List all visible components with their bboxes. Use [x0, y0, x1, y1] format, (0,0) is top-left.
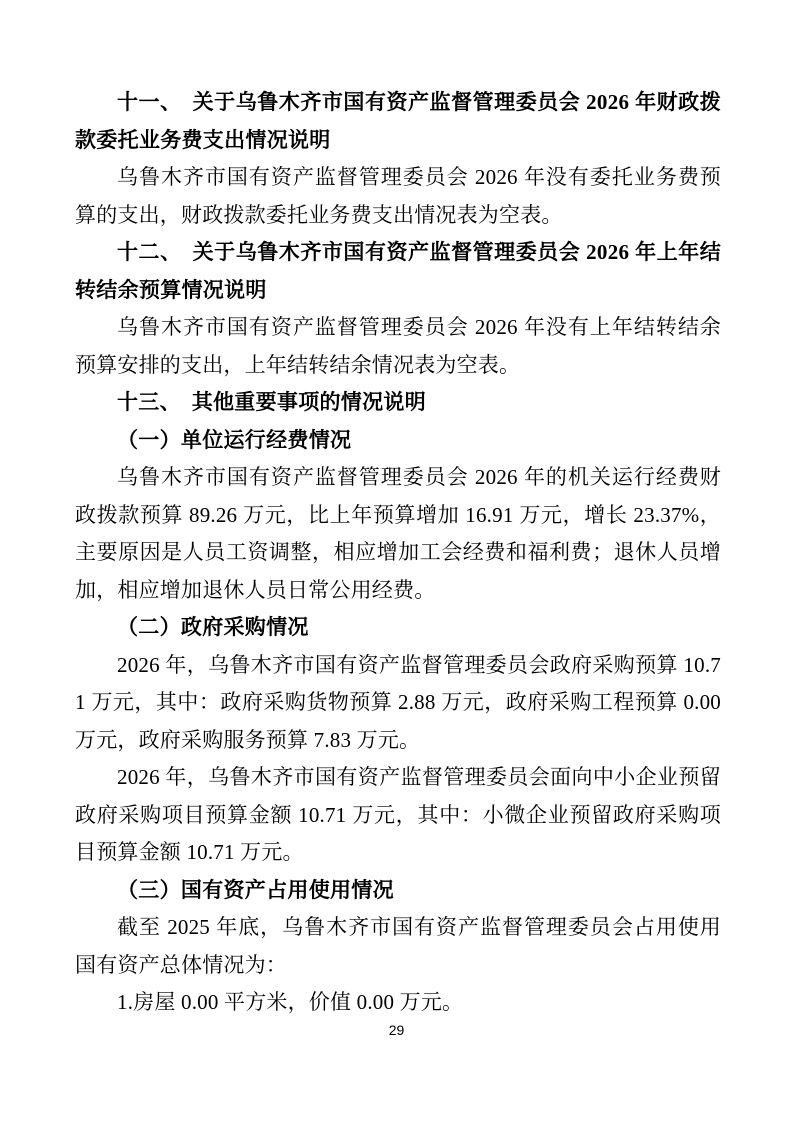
heading-section-13-other-matters: 十三、 其他重要事项的情况说明	[75, 384, 721, 422]
heading-section-12-carryover-budget: 十二、 关于乌鲁木齐市国有资产监督管理委员会 2026 年上年结转结余预算情况说…	[75, 234, 721, 309]
paragraph-entrusted-services-empty: 乌鲁木齐市国有资产监督管理委员会 2026 年没有委托业务费预算的支出，财政拨款…	[75, 159, 721, 234]
paragraph-operating-expenses-detail: 乌鲁木齐市国有资产监督管理委员会 2026 年的机关运行经费财政拨款预算 89.…	[75, 459, 721, 609]
document-page: 十一、 关于乌鲁木齐市国有资产监督管理委员会 2026 年财政拨款委托业务费支出…	[0, 0, 793, 1122]
heading-section-11-entrusted-services: 十一、 关于乌鲁木齐市国有资产监督管理委员会 2026 年财政拨款委托业务费支出…	[75, 84, 721, 159]
paragraph-procurement-budget-detail: 2026 年，乌鲁木齐市国有资产监督管理委员会政府采购预算 10.71 万元，其…	[75, 647, 721, 760]
paragraph-asset-usage-overview: 截至 2025 年底，乌鲁木齐市国有资产监督管理委员会占用使用国有资产总体情况为…	[75, 909, 721, 984]
subheading-3-state-asset-usage: （三）国有资产占用使用情况	[75, 872, 721, 910]
page-number: 29	[0, 1022, 793, 1038]
paragraph-sme-reserved-procurement: 2026 年，乌鲁木齐市国有资产监督管理委员会面向中小企业预留政府采购项目预算金…	[75, 759, 721, 872]
subheading-2-government-procurement: （二）政府采购情况	[75, 609, 721, 647]
paragraph-carryover-empty: 乌鲁木齐市国有资产监督管理委员会 2026 年没有上年结转结余预算安排的支出，上…	[75, 309, 721, 384]
document-content: 十一、 关于乌鲁木齐市国有资产监督管理委员会 2026 年财政拨款委托业务费支出…	[75, 84, 721, 1022]
paragraph-asset-item-housing: 1.房屋 0.00 平方米，价值 0.00 万元。	[75, 984, 721, 1022]
subheading-1-operating-expenses: （一）单位运行经费情况	[75, 422, 721, 460]
